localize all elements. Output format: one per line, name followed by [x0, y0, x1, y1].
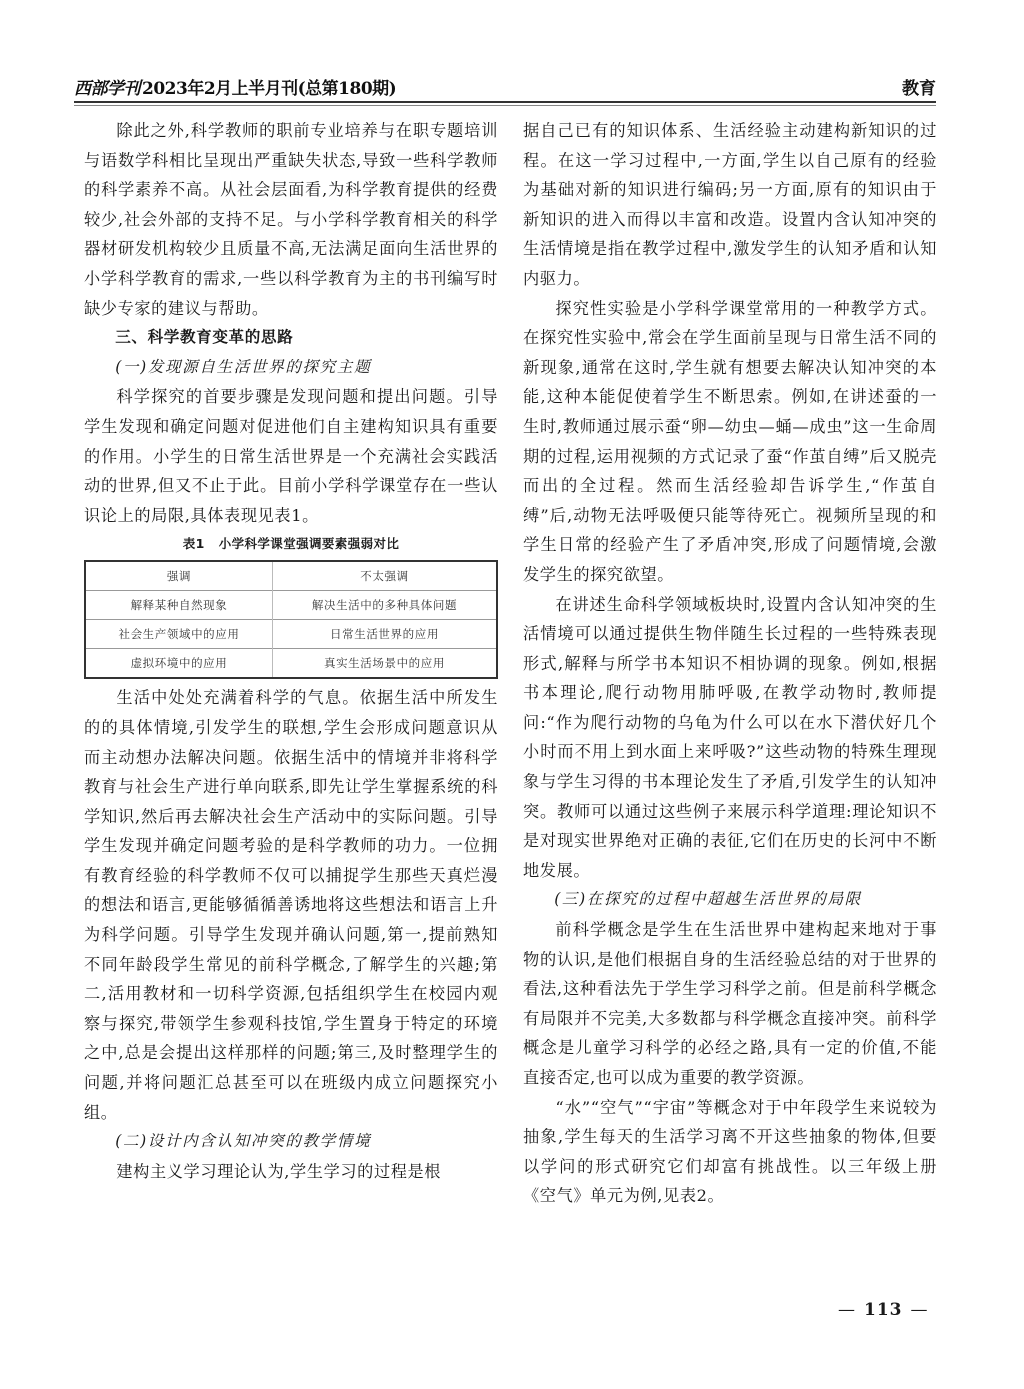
dash-right: —: [911, 1300, 929, 1320]
column-header: 强调: [85, 561, 272, 591]
dash-left: —: [838, 1300, 856, 1320]
paragraph: 生活中处处充满着科学的气息。依据生活中所发生的的具体情境,引发学生的联想,学生会…: [84, 683, 498, 1127]
table-cell: 解决生活中的多种具体问题: [272, 591, 497, 620]
table-number: 表1: [183, 536, 205, 551]
paragraph: 除此之外,科学教师的职前专业培养与在职专题培训与语数学科相比呈现出严重缺失状态,…: [84, 116, 498, 323]
paragraph: 探究性实验是小学科学课堂常用的一种教学方式。在探究性实验中,常会在学生面前呈现与…: [523, 294, 937, 590]
page-number-footer: —113—: [830, 1300, 937, 1320]
header-rule-thick: [74, 101, 936, 103]
journal-logo: 西部学刊: [74, 79, 140, 99]
table-row: 虚拟环境中的应用 真实生活场景中的应用: [85, 649, 497, 679]
section-heading: 三、科学教育变革的思路: [84, 323, 498, 353]
table-caption: 表1小学科学课堂强调要素强弱对比: [84, 534, 498, 554]
table-cell: 解释某种自然现象: [85, 591, 272, 620]
comparison-table: 强调 不太强调 解释某种自然现象 解决生活中的多种具体问题 社会生产领域中的应用…: [84, 560, 498, 679]
subsection-heading: (三)在探究的过程中超越生活世界的局限: [523, 885, 937, 915]
paragraph-continued: 据自己已有的知识体系、生活经验主动建构新知识的过程。在这一学习过程中,一方面,学…: [523, 116, 937, 294]
left-column: 除此之外,科学教师的职前专业培养与在职专题培训与语数学科相比呈现出严重缺失状态,…: [84, 116, 498, 1186]
table-cell: 真实生活场景中的应用: [272, 649, 497, 679]
subsection-heading: (二)设计内含认知冲突的教学情境: [84, 1127, 498, 1157]
paragraph: 在讲述生命科学领域板块时,设置内含认知冲突的生活情境可以通过提供生物伴随生长过程…: [523, 590, 937, 886]
table-cell: 日常生活世界的应用: [272, 620, 497, 649]
subsection-heading: (一)发现源自生活世界的探究主题: [84, 353, 498, 383]
table-cell: 社会生产领域中的应用: [85, 620, 272, 649]
header-rule-thin: [74, 105, 936, 106]
table-cell: 虚拟环境中的应用: [85, 649, 272, 679]
table-header-row: 强调 不太强调: [85, 561, 497, 591]
journal-issue-line: 西部学刊2023年2月上半月刊(总第180期): [74, 74, 396, 99]
paragraph: “水”“空气”“宇宙”等概念对于中年段学生来说较为抽象,学生每天的生活学习离不开…: [523, 1093, 937, 1211]
paragraph: 前科学概念是学生在生活世界中建构起来地对于事物的认识,是他们根据自身的生活经验总…: [523, 915, 937, 1093]
section-label: 教育: [902, 74, 936, 99]
page-number: 113: [864, 1300, 903, 1320]
table-row: 社会生产领域中的应用 日常生活世界的应用: [85, 620, 497, 649]
table-row: 解释某种自然现象 解决生活中的多种具体问题: [85, 591, 497, 620]
table-title: 小学科学课堂强调要素强弱对比: [219, 536, 400, 551]
issue-label: 2023年2月上半月刊(总第180期): [142, 79, 396, 99]
column-header: 不太强调: [272, 561, 497, 591]
paragraph: 科学探究的首要步骤是发现问题和提出问题。引导学生发现和确定问题对促进他们自主建构…: [84, 382, 498, 530]
paragraph: 建构主义学习理论认为,学生学习的过程是根: [84, 1157, 498, 1187]
running-header: 西部学刊2023年2月上半月刊(总第180期) 教育: [74, 72, 936, 102]
right-column: 据自己已有的知识体系、生活经验主动建构新知识的过程。在这一学习过程中,一方面,学…: [523, 116, 937, 1211]
